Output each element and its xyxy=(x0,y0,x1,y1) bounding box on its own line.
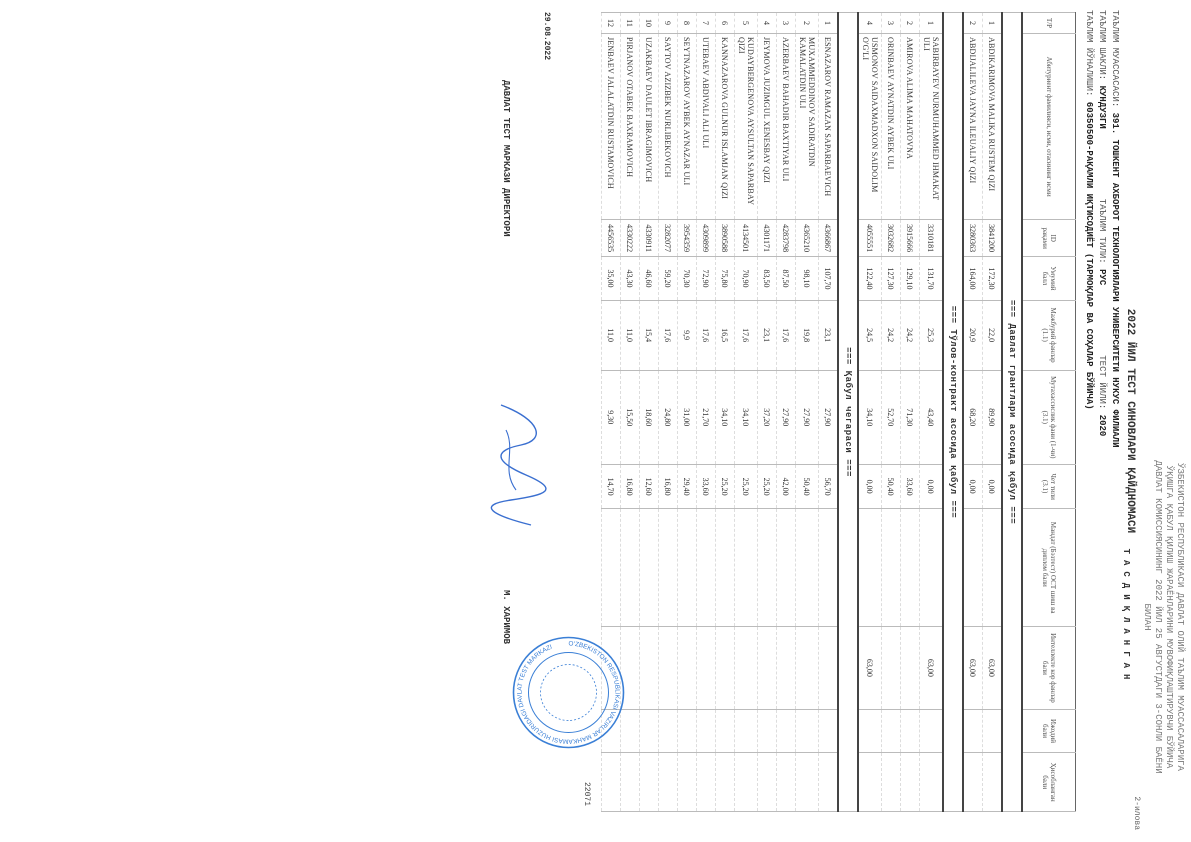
cell-c9 xyxy=(659,627,678,709)
cell-c9 xyxy=(777,627,796,709)
cell-n: 2 xyxy=(901,13,920,34)
cell-name: SAYTOV AZIZBEK NURLIBEKOVICH xyxy=(659,34,678,220)
cell-total: 35,00 xyxy=(602,257,621,301)
column-header: ID рақами xyxy=(1022,220,1076,257)
cell-c8 xyxy=(963,509,983,627)
cell-c9 xyxy=(716,627,735,709)
table-row: 3ORINBAEV AYNATDIN AYBEK ULI3032682127,3… xyxy=(882,13,901,812)
cell-c8 xyxy=(716,509,735,627)
cell-c9 xyxy=(882,627,901,709)
cell-n: 4 xyxy=(858,13,882,34)
table-row: 1SABIRBAYEV NURMUHAMMED IHMAKAT ULI33101… xyxy=(920,13,944,812)
cell-total: 107,70 xyxy=(819,257,839,301)
cell-name: JEYMOVA JUZIMGUL XENESBAY QIZI xyxy=(758,34,777,220)
section-title: === Давлат грантлари асосида қабул === xyxy=(1002,13,1022,812)
cell-spec: 27,90 xyxy=(777,370,796,465)
cell-spec: 9,30 xyxy=(602,370,621,465)
cell-mand: 17,6 xyxy=(697,300,716,370)
cell-spec: 31,00 xyxy=(678,370,697,465)
section-title: === Қабул чегараси === xyxy=(838,13,858,812)
section-header-row: === Тўлов-контракт асосида қабул === xyxy=(943,13,963,812)
cell-name: ABDIKARIMOVA MALIKA RUSTEM QIZI xyxy=(983,34,1003,220)
cell-name: AZERBAEV BAHADIR BAXTIYAR ULI xyxy=(777,34,796,220)
cell-total: 122,40 xyxy=(858,257,882,301)
section-header-row: === Давлат грантлари асосида қабул === xyxy=(1002,13,1022,812)
cell-mand: 22,0 xyxy=(983,300,1003,370)
cell-lang: 56,70 xyxy=(819,465,839,509)
cell-mand: 17,6 xyxy=(659,300,678,370)
cell-c11 xyxy=(716,753,735,812)
column-header: Абитуриент фамилияси, исми, отасининг ис… xyxy=(1022,34,1076,220)
language-value: РУС xyxy=(1097,269,1107,285)
cell-spec: 34,10 xyxy=(716,370,735,465)
cell-c8 xyxy=(659,509,678,627)
cell-n: 10 xyxy=(640,13,659,34)
cell-c9 xyxy=(901,627,920,709)
cell-n: 1 xyxy=(983,13,1003,34)
cell-id: 3890588 xyxy=(716,220,735,257)
cell-mand: 17,6 xyxy=(777,300,796,370)
table-row: 4USMONOV SAIDAXMADXON SAIDOLIM O'G'LI405… xyxy=(858,13,882,812)
cell-lang: 0,00 xyxy=(983,465,1003,509)
section-header-row: === Қабул чегараси === xyxy=(838,13,858,812)
cell-spec: 52,70 xyxy=(882,370,901,465)
cell-total: 87,50 xyxy=(777,257,796,301)
cell-name: MUXAMMEDDINOV SADIRATDIN KAMALATDIN ULI xyxy=(796,34,819,220)
cell-c10 xyxy=(640,709,659,753)
cell-c9 xyxy=(796,627,819,709)
cell-lang: 29,40 xyxy=(678,465,697,509)
signatory-title: ДАВЛАТ ТЕСТ МАРКАЗИ ДИРЕКТОРИ xyxy=(501,80,511,237)
cell-mand: 24,5 xyxy=(858,300,882,370)
cell-spec: 34,10 xyxy=(735,370,758,465)
cell-n: 1 xyxy=(920,13,944,34)
cell-n: 2 xyxy=(963,13,983,34)
table-row: 2ABDIJALILEVA JAYNA ILEUALIY QIZI3280363… xyxy=(963,13,983,812)
cell-lang: 0,00 xyxy=(963,465,983,509)
cell-id: 3282077 xyxy=(659,220,678,257)
cell-c10 xyxy=(716,709,735,753)
table-row: 2MUXAMMEDDINOV SADIRATDIN KAMALATDIN ULI… xyxy=(796,13,819,812)
cell-name: PIRJANOV OTABEK BAXRAMOVICH xyxy=(621,34,640,220)
cell-lang: 42,00 xyxy=(777,465,796,509)
column-header: Ҳисобланган бали xyxy=(1022,753,1076,812)
cell-c8 xyxy=(602,509,621,627)
cell-name: SEYTNAZAROV AYBEK AYNAZAR ULI xyxy=(678,34,697,220)
cell-c9 xyxy=(678,627,697,709)
cell-c10 xyxy=(882,709,901,753)
test-year-value: 2020 xyxy=(1097,415,1107,437)
cell-id: 4330222 xyxy=(621,220,640,257)
cell-n: 1 xyxy=(819,13,839,34)
cell-lang: 16,80 xyxy=(621,465,640,509)
table-row: 10UZAKBAEV DAULET IBRAGIMOVICH433091146,… xyxy=(640,13,659,812)
cell-mand: 23,1 xyxy=(758,300,777,370)
cell-c10 xyxy=(963,709,983,753)
form-value: КУНДУЗГИ xyxy=(1097,86,1107,129)
cell-c8 xyxy=(901,509,920,627)
cell-mand: 15,4 xyxy=(640,300,659,370)
cell-spec: 34,10 xyxy=(858,370,882,465)
cell-mand: 16,5 xyxy=(716,300,735,370)
cell-n: 12 xyxy=(602,13,621,34)
cell-lang: 12,60 xyxy=(640,465,659,509)
table-row: 8SEYTNAZAROV AYBEK AYNAZAR ULI395435970,… xyxy=(678,13,697,812)
column-header: Мутахассислик фани (1-чи) (3.1) xyxy=(1022,370,1076,465)
cell-lang: 25,20 xyxy=(735,465,758,509)
cell-name: KUDAYBERGENOVA AYSULTAN SAPARBAY QIZI xyxy=(735,34,758,220)
cell-c8 xyxy=(777,509,796,627)
cell-c10 xyxy=(735,709,758,753)
cell-lang: 33,60 xyxy=(901,465,920,509)
cell-id: 3954359 xyxy=(678,220,697,257)
cell-lang: 50,40 xyxy=(796,465,819,509)
table-row: 6KANNAZAROVA GULNUR ISLAMJAN QIZI3890588… xyxy=(716,13,735,812)
cell-total: 70,90 xyxy=(735,257,758,301)
cell-n: 11 xyxy=(621,13,640,34)
cell-c8 xyxy=(882,509,901,627)
cell-lang: 33,60 xyxy=(697,465,716,509)
cell-id: 4366867 xyxy=(819,220,839,257)
signatory-name: М. ХАРИМОВ xyxy=(501,590,511,644)
cell-c8 xyxy=(920,509,944,627)
section-title: === Тўлов-контракт асосида қабул === xyxy=(943,13,963,812)
cell-c10 xyxy=(659,709,678,753)
cell-total: 75,80 xyxy=(716,257,735,301)
cell-total: 83,50 xyxy=(758,257,777,301)
table-row: 1ABDIKARIMOVA MALIKA RUSTEM QIZI38412001… xyxy=(983,13,1003,812)
cell-mand: 24,2 xyxy=(901,300,920,370)
cell-n: 7 xyxy=(697,13,716,34)
cell-c8 xyxy=(858,509,882,627)
cell-mand: 11,0 xyxy=(621,300,640,370)
cell-lang: 0,00 xyxy=(858,465,882,509)
cell-spec: 89,90 xyxy=(983,370,1003,465)
cell-n: 3 xyxy=(777,13,796,34)
cell-c9: 63,00 xyxy=(963,627,983,709)
cell-n: 9 xyxy=(659,13,678,34)
cell-c8 xyxy=(678,509,697,627)
cell-name: JENBAEV JALALATDIN RUSTAMOVICH xyxy=(602,34,621,220)
table-row: 3AZERBAEV BAHADIR BAXTIYAR ULI428379887,… xyxy=(777,13,796,812)
cell-n: 4 xyxy=(758,13,777,34)
cell-c11 xyxy=(621,753,640,812)
cell-c9: 63,00 xyxy=(858,627,882,709)
cell-id: 3310181 xyxy=(920,220,944,257)
cell-total: 164,00 xyxy=(963,257,983,301)
table-row: 4JEYMOVA JUZIMGUL XENESBAY QIZI430117183… xyxy=(758,13,777,812)
cell-total: 129,10 xyxy=(901,257,920,301)
column-header: Умумий балл xyxy=(1022,257,1076,301)
cell-c9 xyxy=(640,627,659,709)
cell-id: 3280363 xyxy=(963,220,983,257)
cell-spec: 37,20 xyxy=(758,370,777,465)
cell-id: 3841200 xyxy=(983,220,1003,257)
cell-c11 xyxy=(920,753,944,812)
cell-lang: 16,80 xyxy=(659,465,678,509)
cell-id: 4365210 xyxy=(796,220,819,257)
cell-mand: 24,2 xyxy=(882,300,901,370)
cell-name: AMIROVA ALIMA MAHATOVNA xyxy=(901,34,920,220)
cell-total: 70,30 xyxy=(678,257,697,301)
column-header: Т/Р xyxy=(1022,13,1076,34)
cell-mand: 17,6 xyxy=(735,300,758,370)
cell-id: 4301171 xyxy=(758,220,777,257)
cell-n: 2 xyxy=(796,13,819,34)
cell-total: 72,90 xyxy=(697,257,716,301)
approval-line: ЎҚИШГА ҚАБУЛ ҚИЛИШ ЖАРАЁНЛАРИНИ МУВОФИҚЛ… xyxy=(1163,452,1174,782)
cell-total: 131,70 xyxy=(920,257,944,301)
cell-spec: 18,60 xyxy=(640,370,659,465)
cell-c11 xyxy=(858,753,882,812)
cell-c8 xyxy=(796,509,819,627)
cell-name: SABIRBAYEV NURMUHAMMED IHMAKAT ULI xyxy=(920,34,944,220)
column-header: Мажбурий фанлар (1.1) xyxy=(1022,300,1076,370)
cell-c8 xyxy=(640,509,659,627)
approval-line: ЎЗБЕКИСТОН РЕСПУБЛИКАСИ ДАВЛАТ ОЛИЙ ТАЪЛ… xyxy=(1174,452,1185,782)
cell-c11 xyxy=(819,753,839,812)
footer-date: 29.08.2022 xyxy=(542,12,551,60)
cell-mand: 20,9 xyxy=(963,300,983,370)
cell-total: 43,30 xyxy=(621,257,640,301)
cell-lang: 0,00 xyxy=(920,465,944,509)
direction-value: 60350500-РАҚАМЛИ ИҚТИСОДИЁТ (ТАРМОҚЛАР В… xyxy=(1084,102,1094,410)
cell-total: 59,20 xyxy=(659,257,678,301)
cell-c11 xyxy=(678,753,697,812)
cell-name: KANNAZAROVA GULNUR ISLAMJAN QIZI xyxy=(716,34,735,220)
cell-total: 46,60 xyxy=(640,257,659,301)
cell-c11 xyxy=(735,753,758,812)
cell-mand: 11,0 xyxy=(602,300,621,370)
cell-mand: 19,8 xyxy=(796,300,819,370)
cell-c9 xyxy=(697,627,716,709)
cell-id: 4309899 xyxy=(697,220,716,257)
direction-label: ТАЪЛИМ ЙЎНАЛИШИ: xyxy=(1084,10,1094,96)
cell-c10 xyxy=(858,709,882,753)
cell-c11 xyxy=(640,753,659,812)
cell-c10 xyxy=(777,709,796,753)
page-code: 22071 xyxy=(582,782,591,806)
cell-total: 98,10 xyxy=(796,257,819,301)
cell-c10 xyxy=(819,709,839,753)
cell-c9 xyxy=(735,627,758,709)
cell-lang: 14,70 xyxy=(602,465,621,509)
cell-c8 xyxy=(819,509,839,627)
cell-c9 xyxy=(819,627,839,709)
cell-c9: 63,00 xyxy=(920,627,944,709)
cell-n: 3 xyxy=(882,13,901,34)
cell-c10 xyxy=(796,709,819,753)
cell-id: 3915666 xyxy=(901,220,920,257)
cell-id: 4456535 xyxy=(602,220,621,257)
cell-c11 xyxy=(758,753,777,812)
institution-label: ТАЪЛИМ МУАССАСАСИ: xyxy=(1110,10,1120,107)
table-body: === Давлат грантлари асосида қабул ===1A… xyxy=(602,13,1023,812)
column-header: Ижодий бали xyxy=(1022,709,1076,753)
cell-c11 xyxy=(697,753,716,812)
column-header: Мандат (Бэзтест) ОСТ шиш ва диплом бали xyxy=(1022,509,1076,627)
column-header: Интеллекте кор фанлар бали xyxy=(1022,627,1076,709)
signature-icon xyxy=(481,400,551,530)
svg-text:O'ZBEKISTON RESPUBLIKASI VAZIR: O'ZBEKISTON RESPUBLIKASI VAZIRLAR MAHKAM… xyxy=(516,640,620,744)
cell-total: 127,30 xyxy=(882,257,901,301)
cell-id: 4330911 xyxy=(640,220,659,257)
cell-mand: 23,1 xyxy=(819,300,839,370)
cell-c8 xyxy=(621,509,640,627)
cell-c11 xyxy=(983,753,1003,812)
cell-id: 4283798 xyxy=(777,220,796,257)
results-table: Т/РАбитуриент фамилияси, исми, отасининг… xyxy=(601,12,1076,812)
cell-n: 8 xyxy=(678,13,697,34)
cell-spec: 27,90 xyxy=(796,370,819,465)
cell-c10 xyxy=(758,709,777,753)
cell-c11 xyxy=(901,753,920,812)
cell-spec: 21,70 xyxy=(697,370,716,465)
cell-c11 xyxy=(659,753,678,812)
cell-c11 xyxy=(602,753,621,812)
table-row: 9SAYTOV AZIZBEK NURLIBEKOVICH328207759,2… xyxy=(659,13,678,812)
cell-n: 5 xyxy=(735,13,758,34)
official-stamp-icon: O'ZBEKISTON RESPUBLIKASI VAZIRLAR MAHKAM… xyxy=(511,635,626,750)
cell-c8 xyxy=(983,509,1003,627)
cell-mand: 25,3 xyxy=(920,300,944,370)
institution-value: 391. ТОШКЕНТ АХБОРОТ ТЕХНОЛОГИЯЛАРИ УНИВ… xyxy=(1110,113,1120,448)
cell-c10 xyxy=(678,709,697,753)
column-header: Чет тили (3.1) xyxy=(1022,465,1076,509)
cell-c9 xyxy=(758,627,777,709)
cell-n: 6 xyxy=(716,13,735,34)
cell-c11 xyxy=(777,753,796,812)
table-row: 7UTEBAEV ABDIVALI ALI ULI430989972,9017,… xyxy=(697,13,716,812)
cell-spec: 15,50 xyxy=(621,370,640,465)
document-page: ЎЗБЕКИСТОН РЕСПУБЛИКАСИ ДАВЛАТ ОЛИЙ ТАЪЛ… xyxy=(0,0,1191,842)
cell-c8 xyxy=(735,509,758,627)
cell-c11 xyxy=(963,753,983,812)
cell-spec: 43,40 xyxy=(920,370,944,465)
cell-c10 xyxy=(920,709,944,753)
cell-total: 172,30 xyxy=(983,257,1003,301)
cell-name: ESNAZAROV RAMAZAN SAPARBAEVICH xyxy=(819,34,839,220)
cell-name: USMONOV SAIDAXMADXON SAIDOLIM O'G'LI xyxy=(858,34,882,220)
cell-spec: 24,80 xyxy=(659,370,678,465)
test-year-label: ТЕСТ ЙИЛИ: xyxy=(1097,355,1107,409)
cell-name: UTEBAEV ABDIVALI ALI ULI xyxy=(697,34,716,220)
cell-c8 xyxy=(697,509,716,627)
cell-c11 xyxy=(796,753,819,812)
cell-name: ORINBAEV AYNATDIN AYBEK ULI xyxy=(882,34,901,220)
cell-mand: 9,9 xyxy=(678,300,697,370)
cell-name: ABDIJALILEVA JAYNA ILEUALIY QIZI xyxy=(963,34,983,220)
cell-lang: 25,20 xyxy=(716,465,735,509)
cell-spec: 68,20 xyxy=(963,370,983,465)
cell-lang: 25,20 xyxy=(758,465,777,509)
cell-name: UZAKBAEV DAULET IBRAGIMOVICH xyxy=(640,34,659,220)
cell-c11 xyxy=(882,753,901,812)
language-label: ТАЪЛИМ ТИЛИ: xyxy=(1097,199,1107,264)
cell-c10 xyxy=(983,709,1003,753)
cell-id: 3032682 xyxy=(882,220,901,257)
cell-spec: 27,90 xyxy=(819,370,839,465)
form-label: ТАЪЛИМ ШАКЛИ: xyxy=(1097,10,1107,80)
cell-id: 4055551 xyxy=(858,220,882,257)
cell-c8 xyxy=(758,509,777,627)
approval-line: ДАВЛАТ КОМИССИЯСИНИНГ 2022 ЙИЛ 25 АВГУСТ… xyxy=(1141,452,1163,782)
cell-id: 4134501 xyxy=(735,220,758,257)
cell-c10 xyxy=(901,709,920,753)
table-header-row: Т/РАбитуриент фамилияси, исми, отасининг… xyxy=(1022,13,1076,812)
document-meta: ТАЪЛИМ МУАССАСАСИ: 391. ТОШКЕНТ АХБОРОТ … xyxy=(1082,10,1121,830)
cell-c10 xyxy=(697,709,716,753)
table-row: 2AMIROVA ALIMA MAHATOVNA3915666129,1024,… xyxy=(901,13,920,812)
document-title: 2022 ЙИЛ ТЕСТ СИНОВЛАРИ ҚАЙДНОМАСИ xyxy=(1124,0,1136,842)
cell-lang: 50,40 xyxy=(882,465,901,509)
table-row: 5KUDAYBERGENOVA AYSULTAN SAPARBAY QIZI41… xyxy=(735,13,758,812)
cell-spec: 71,30 xyxy=(901,370,920,465)
table-row: 1ESNAZAROV RAMAZAN SAPARBAEVICH436686710… xyxy=(819,13,839,812)
cell-c9: 63,00 xyxy=(983,627,1003,709)
